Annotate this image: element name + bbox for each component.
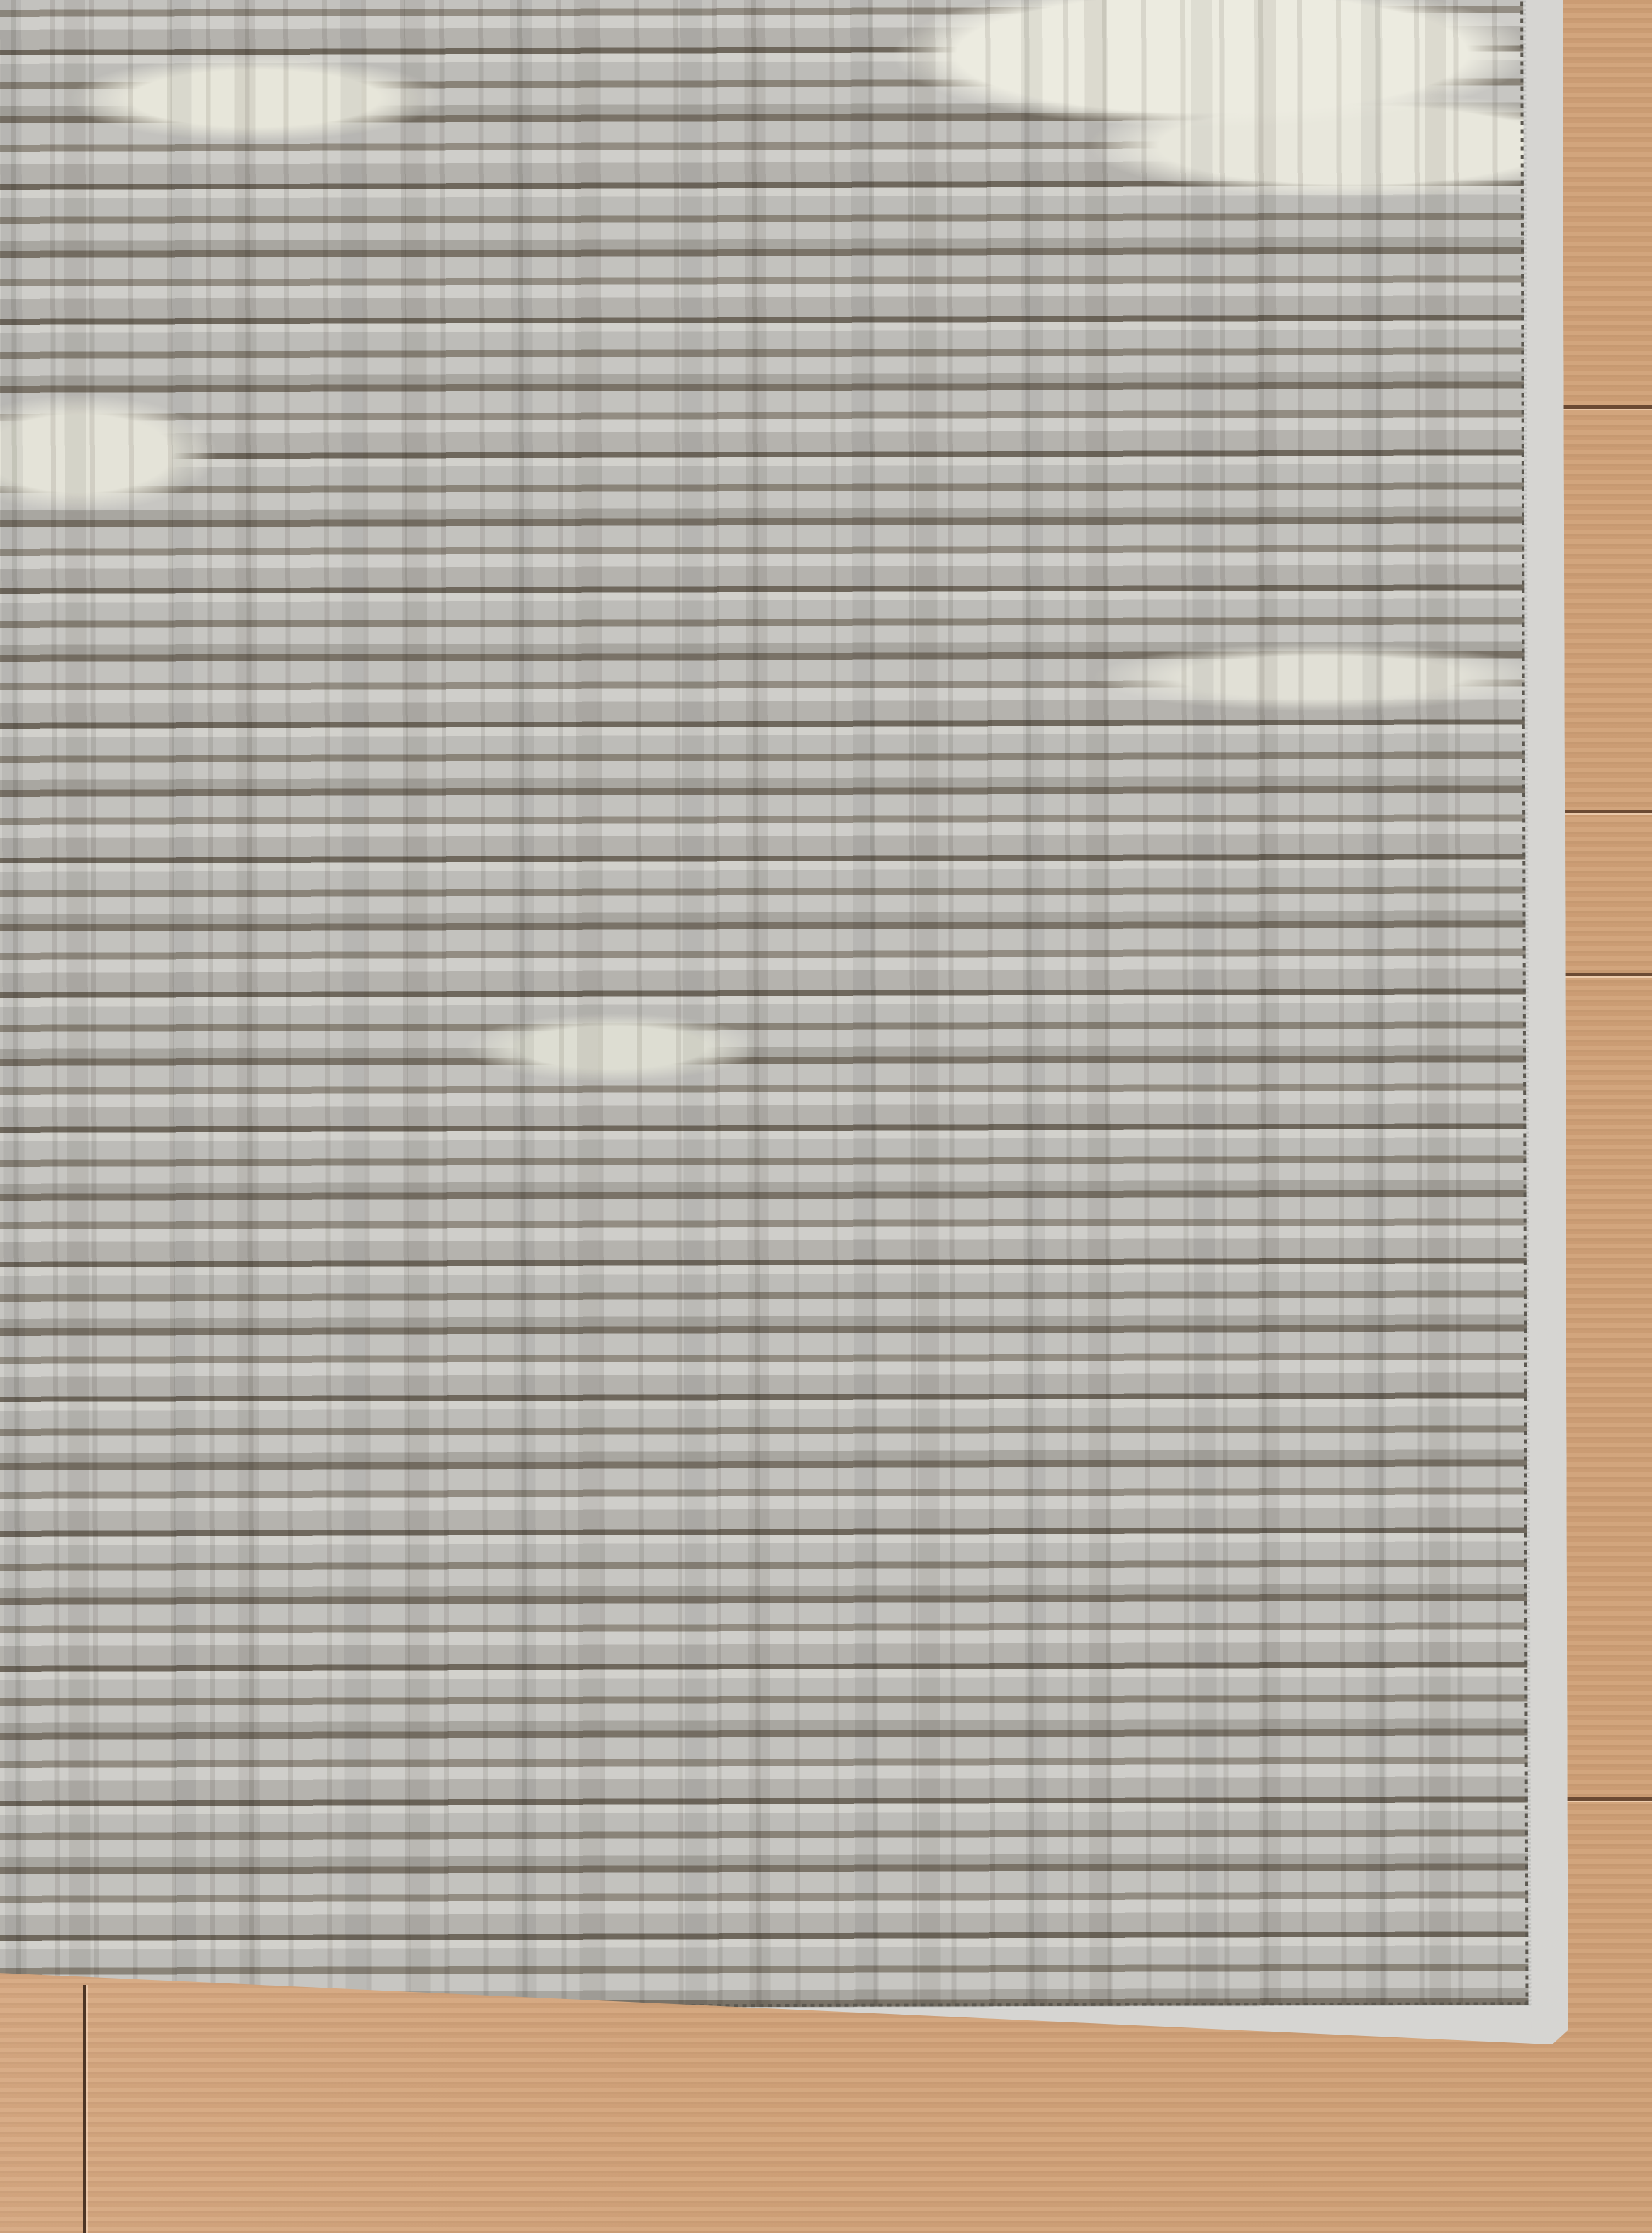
rug-body bbox=[0, 0, 1568, 2049]
rug-pattern-field bbox=[0, 0, 1529, 2009]
rug bbox=[0, 0, 1652, 2233]
rug-distressed-texture bbox=[0, 0, 1529, 2009]
